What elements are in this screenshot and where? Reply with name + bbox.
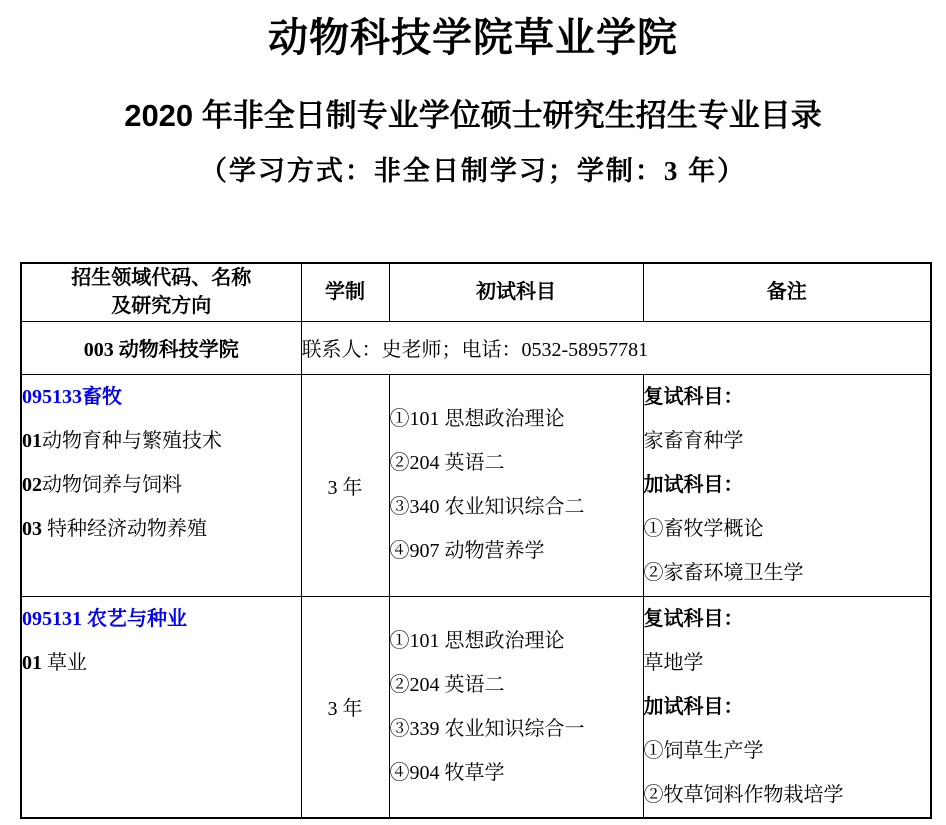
exam-subject-line: ①101 思想政治理论 <box>390 397 643 441</box>
note-line: ②家畜环境卫生学 <box>644 551 931 595</box>
direction-number: 01 <box>22 430 42 452</box>
field-code-header-cell: 招生领域代码、名称 及研究方向 <box>21 263 301 321</box>
direction-line: 01 草业 <box>22 641 301 685</box>
initial-exams-cell: ①101 思想政治理论②204 英语二③339 农业知识综合一④904 牧草学 <box>389 596 643 818</box>
program-duration-cell: 3 年 <box>301 374 389 596</box>
program-row-animal-husbandry: 095133畜牧 01动物育种与繁殖技术02动物饲养与饲料03 特种经济动物养殖… <box>21 374 931 596</box>
direction-line: 01动物育种与繁殖技术 <box>22 419 301 463</box>
note-heading-line: 复试科目： <box>644 375 931 419</box>
page-title: 动物科技学院草业学院 <box>0 14 946 62</box>
program-code-link[interactable]: 095131 农艺与种业 <box>22 597 301 641</box>
direction-lines: 01 草业 <box>22 641 301 685</box>
initial-exams-header-cell: 初试科目 <box>389 263 643 321</box>
exam-subject-line: ①101 思想政治理论 <box>390 619 643 663</box>
remarks-cell: 复试科目：草地学加试科目：①饲草生产学②牧草饲料作物栽培学 <box>643 596 931 818</box>
note-heading-line: 复试科目： <box>644 597 931 641</box>
note-line: ①饲草生产学 <box>644 729 931 773</box>
contact-info-cell: 联系人：史老师；电话：0532-58957781 <box>301 321 931 374</box>
exam-subject-line: ②204 英语二 <box>390 441 643 485</box>
note-line: ①畜牧学概论 <box>644 507 931 551</box>
direction-number: 01 <box>22 652 42 674</box>
note-line: 草地学 <box>644 641 931 685</box>
remarks-header-cell: 备注 <box>643 263 931 321</box>
program-directions-cell: 095133畜牧 01动物育种与繁殖技术02动物饲养与饲料03 特种经济动物养殖 <box>21 374 301 596</box>
exam-subject-line: ②204 英语二 <box>390 663 643 707</box>
direction-line: 03 特种经济动物养殖 <box>22 507 301 551</box>
field-code-header-line1: 招生领域代码、名称 <box>22 264 301 292</box>
direction-number: 03 <box>22 518 42 540</box>
program-directions-cell: 095131 农艺与种业 01 草业 <box>21 596 301 818</box>
note-heading-line: 加试科目： <box>644 685 931 729</box>
field-code-header-line2: 及研究方向 <box>22 292 301 320</box>
study-mode-note: （学习方式：非全日制学习；学制：3 年） <box>0 154 946 188</box>
exam-subject-line: ④904 牧草学 <box>390 751 643 795</box>
note-line: ②牧草饲料作物栽培学 <box>644 773 931 817</box>
note-heading-line: 加试科目： <box>644 463 931 507</box>
department-name-cell: 003 动物科技学院 <box>21 321 301 374</box>
remarks-cell: 复试科目：家畜育种学加试科目：①畜牧学概论②家畜环境卫生学 <box>643 374 931 596</box>
page-subtitle: 2020 年非全日制专业学位硕士研究生招生专业目录 <box>0 98 946 134</box>
exam-subject-line: ④907 动物营养学 <box>390 529 643 573</box>
table-header-row: 招生领域代码、名称 及研究方向 学制 初试科目 备注 <box>21 263 931 321</box>
department-contact-row: 003 动物科技学院 联系人：史老师；电话：0532-58957781 <box>21 321 931 374</box>
initial-exams-cell: ①101 思想政治理论②204 英语二③340 农业知识综合二④907 动物营养… <box>389 374 643 596</box>
program-code-link[interactable]: 095133畜牧 <box>22 375 301 419</box>
direction-number: 02 <box>22 474 42 496</box>
program-row-agronomy-seed: 095131 农艺与种业 01 草业 3 年 ①101 思想政治理论②204 英… <box>21 596 931 818</box>
exam-subject-line: ③339 农业知识综合一 <box>390 707 643 751</box>
duration-header-cell: 学制 <box>301 263 389 321</box>
note-line: 家畜育种学 <box>644 419 931 463</box>
exam-subject-line: ③340 农业知识综合二 <box>390 485 643 529</box>
direction-lines: 01动物育种与繁殖技术02动物饲养与饲料03 特种经济动物养殖 <box>22 419 301 551</box>
direction-line: 02动物饲养与饲料 <box>22 463 301 507</box>
program-duration-cell: 3 年 <box>301 596 389 818</box>
admissions-catalog-table: 招生领域代码、名称 及研究方向 学制 初试科目 备注 003 动物科技学院 联系… <box>20 262 932 819</box>
